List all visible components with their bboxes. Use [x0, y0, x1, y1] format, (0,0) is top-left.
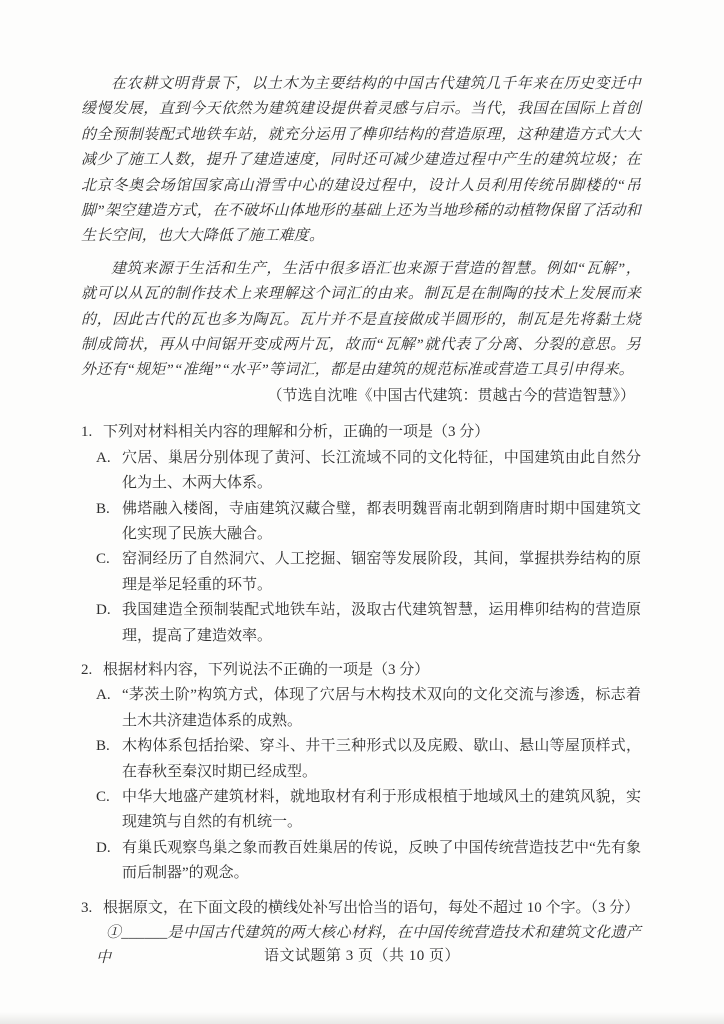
question-1-option-d: D. 我国建造全预制装配式地铁车站，汲取古代建筑智慧，运用榫卯结构的营造原理，提…	[96, 598, 641, 649]
option-label: A.	[96, 446, 122, 497]
body-paragraph-2: 建筑来源于生活和生产，生活中很多语汇也来源于营造的智慧。例如“瓦解”，就可以从瓦…	[81, 257, 641, 384]
option-text: 中华大地盛产建筑材料，就地取材有利于形成根植于地域风土的建筑风貌，实现建筑与自然…	[122, 785, 641, 836]
question-1: 1. 下列对材料相关内容的理解和分析，正确的一项是（3 分） A. 穴居、巢居分…	[81, 420, 641, 649]
option-text: 有巢氏观察鸟巢之象而教百姓巢居的传说，反映了中国传统营造技艺中“先有象而后制器”…	[122, 836, 641, 887]
option-label: C.	[96, 547, 122, 598]
question-2-option-d: D. 有巢氏观察鸟巢之象而教百姓巢居的传说，反映了中国传统营造技艺中“先有象而后…	[96, 836, 641, 887]
question-2-option-b: B. 木构体系包括抬梁、穿斗、井干三种形式以及庑殿、歇山、悬山等屋顶样式，在春秋…	[96, 734, 641, 785]
question-1-stem-row: 1. 下列对材料相关内容的理解和分析，正确的一项是（3 分）	[81, 420, 641, 445]
option-label: B.	[96, 497, 122, 548]
question-2-option-c: C. 中华大地盛产建筑材料，就地取材有利于形成根植于地域风土的建筑风貌，实现建筑…	[96, 785, 641, 836]
option-text: 穴居、巢居分别体现了黄河、长江流域不同的文化特征，中国建筑由此自然分化为土、木两…	[122, 446, 641, 497]
question-3-number: 3.	[81, 896, 103, 921]
question-1-number: 1.	[81, 420, 103, 445]
page-content: 在农耕文明背景下，以土木为主要结构的中国古代建筑几千年来在历史变迁中缓慢发展，直…	[0, 0, 724, 972]
page-footer: 语文试题第 3 页（共 10 页）	[0, 944, 724, 969]
option-label: B.	[96, 734, 122, 785]
question-1-stem: 下列对材料相关内容的理解和分析，正确的一项是（3 分）	[103, 420, 641, 445]
scan-bottom-edge	[0, 1012, 724, 1024]
question-2-stem-row: 2. 根据材料内容，下列说法不正确的一项是（3 分）	[81, 658, 641, 683]
option-label: C.	[96, 785, 122, 836]
question-2-number: 2.	[81, 658, 103, 683]
option-text: 窑洞经历了自然洞穴、人工挖掘、锢窑等发展阶段，其间，掌握拱券结构的原理是举足轻重…	[122, 547, 641, 598]
question-3-stem: 根据原文，在下面文段的横线处补写出恰当的语句，每处不超过 10 个字。（3 分）	[103, 896, 641, 921]
question-1-option-c: C. 窑洞经历了自然洞穴、人工挖掘、锢窑等发展阶段，其间，掌握拱券结构的原理是举…	[96, 547, 641, 598]
option-text: 木构体系包括抬梁、穿斗、井干三种形式以及庑殿、歇山、悬山等屋顶样式，在春秋至秦汉…	[122, 734, 641, 785]
option-label: D.	[96, 598, 122, 649]
exam-page: 在农耕文明背景下，以土木为主要结构的中国古代建筑几千年来在历史变迁中缓慢发展，直…	[0, 0, 724, 1024]
question-2: 2. 根据材料内容，下列说法不正确的一项是（3 分） A. “茅茨土阶”构筑方式…	[81, 658, 641, 887]
question-2-option-a: A. “茅茨土阶”构筑方式，体现了穴居与木构技术双向的文化交流与渗透，标志着土木…	[96, 683, 641, 734]
option-label: A.	[96, 683, 122, 734]
body-paragraph-1: 在农耕文明背景下，以土木为主要结构的中国古代建筑几千年来在历史变迁中缓慢发展，直…	[81, 72, 641, 250]
option-text: 佛塔融入楼阁，寺庙建筑汉藏合璧，都表明魏晋南北朝到隋唐时期中国建筑文化实现了民族…	[122, 497, 641, 548]
option-label: D.	[96, 836, 122, 887]
option-text: “茅茨土阶”构筑方式，体现了穴居与木构技术双向的文化交流与渗透，标志着土木共济建…	[122, 683, 641, 734]
option-text: 我国建造全预制装配式地铁车站，汲取古代建筑智慧，运用榫卯结构的营造原理，提高了建…	[122, 598, 641, 649]
question-3-stem-row: 3. 根据原文，在下面文段的横线处补写出恰当的语句，每处不超过 10 个字。（3…	[81, 896, 641, 921]
question-2-stem: 根据材料内容，下列说法不正确的一项是（3 分）	[103, 658, 641, 683]
source-attribution: （节选自沈唯《中国古代建筑：贯越古今的营造智慧》）	[81, 384, 641, 409]
question-1-option-b: B. 佛塔融入楼阁，寺庙建筑汉藏合璧，都表明魏晋南北朝到隋唐时期中国建筑文化实现…	[96, 497, 641, 548]
question-1-option-a: A. 穴居、巢居分别体现了黄河、长江流域不同的文化特征，中国建筑由此自然分化为土…	[96, 446, 641, 497]
